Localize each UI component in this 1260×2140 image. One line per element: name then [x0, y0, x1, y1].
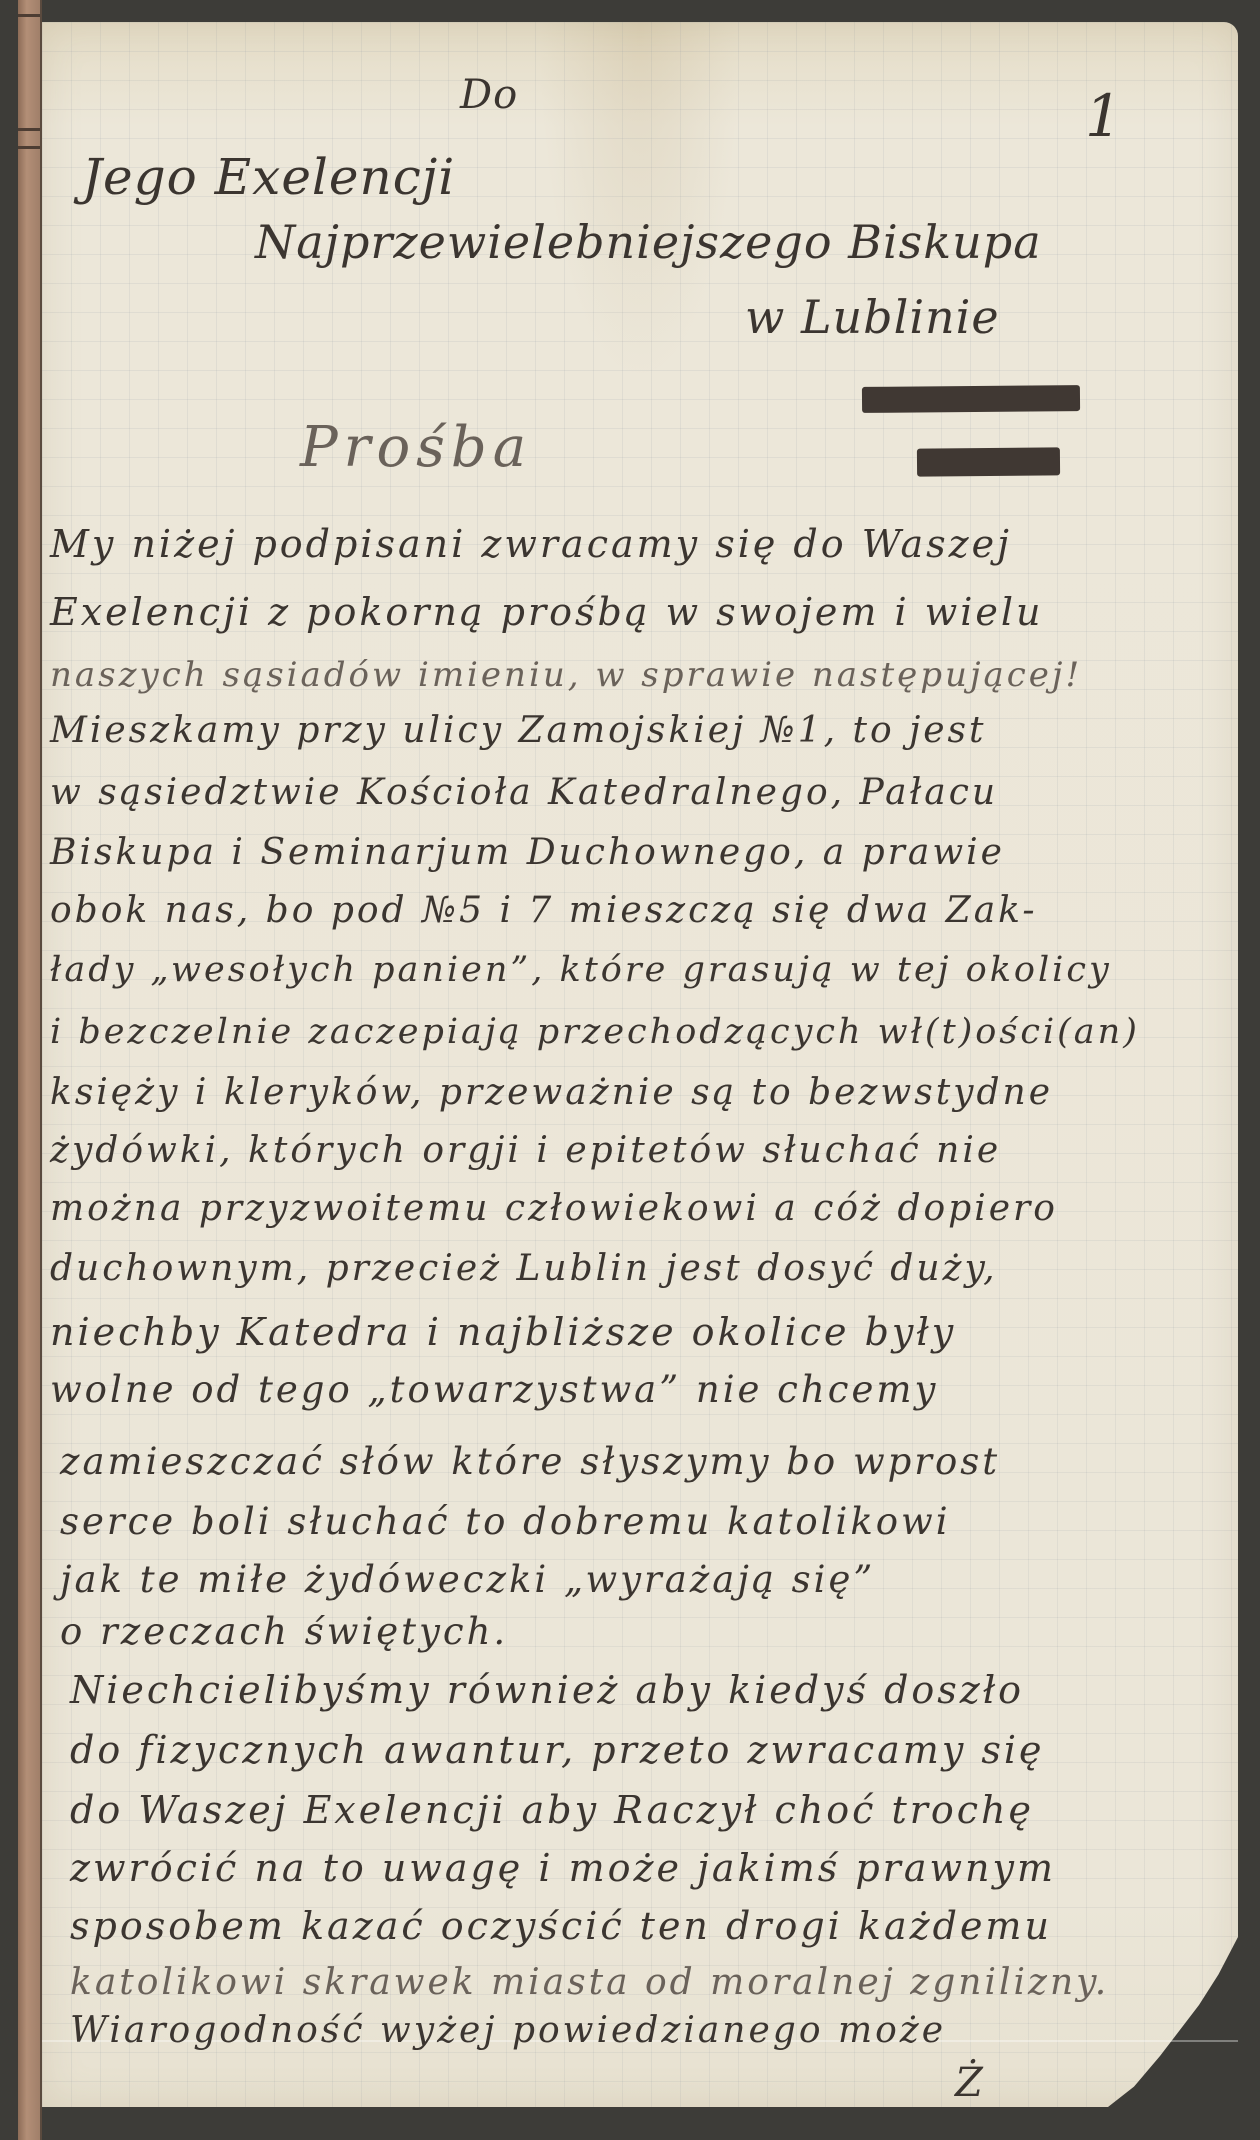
body-line: do fizycznych awantur, przeto zwracamy s…	[70, 1728, 1045, 1772]
body-line: żydówki, których orgji i epitetów słucha…	[50, 1130, 1001, 1171]
body-line: jak te miłe żydóweczki „wyrażają się”	[60, 1558, 875, 1601]
body-line: zamieszczać słów które słyszymy bo wpros…	[60, 1440, 1000, 1483]
body-line: w sąsiedztwie Kościoła Katedralnego, Pał…	[50, 772, 998, 813]
redaction-block	[862, 385, 1080, 413]
binding-notch	[18, 146, 40, 149]
body-line: sposobem kazać oczyścić ten drogi każdem…	[70, 1904, 1052, 1948]
address-line-3: w Lublinie	[745, 290, 1000, 344]
letter-title: Prośba	[300, 415, 532, 480]
body-line: księży i kleryków, przeważnie są to bezw…	[50, 1072, 1053, 1113]
body-line: Wiarogodność wyżej powiedzianego może	[70, 2010, 946, 2051]
body-line: obok nas, bo pod №5 i 7 mieszczą się dwa…	[50, 890, 1038, 931]
body-line: łady „wesołych panien”, które grasują w …	[50, 950, 1112, 990]
body-line: My niżej podpisani zwracamy się do Wasze…	[50, 522, 1012, 566]
binding-strip	[18, 0, 42, 2140]
body-line: Biskupa i Seminarjum Duchownego, a prawi…	[50, 832, 1005, 873]
body-line: można przyzwoitemu człowiekowi a cóż dop…	[50, 1188, 1058, 1229]
body-line: do Waszej Exelencji aby Raczył choć troc…	[70, 1788, 1034, 1832]
address-to: Do	[460, 72, 518, 118]
page-number: 1	[1085, 82, 1122, 150]
body-line: wolne od tego „towarzystwa” nie chcemy	[50, 1368, 938, 1411]
body-line: niechby Katedra i najbliższe okolice był…	[50, 1310, 956, 1354]
redaction-block	[917, 447, 1060, 476]
body-line: Niechcielibyśmy również aby kiedyś doszł…	[70, 1668, 1024, 1712]
body-line: duchownym, przecież Lublin jest dosyć du…	[50, 1248, 998, 1289]
body-line: Mieszkamy przy ulicy Zamojskiej №1, to j…	[50, 710, 987, 751]
body-line: serce boli słuchać to dobremu katolikowi	[60, 1500, 951, 1543]
binding-notch	[18, 14, 40, 17]
body-line: o rzeczach świętych.	[60, 1610, 508, 1653]
binding-notch	[18, 128, 40, 131]
body-line: Exelencji z pokorną prośbą w swojem i wi…	[50, 590, 1044, 634]
body-line: katolikowi skrawek miasta od moralnej zg…	[70, 1962, 1109, 2003]
catchword: Ż	[955, 2060, 983, 2106]
body-line: i bezczelnie zaczepiają przechodzących w…	[50, 1012, 1140, 1052]
address-line-1: Jego Exelencji	[82, 148, 455, 206]
address-line-2: Najprzewielebniejszego Biskupa	[255, 215, 1042, 269]
body-line: naszych sąsiadów imieniu, w sprawie nast…	[50, 655, 1082, 695]
body-line: zwrócić na to uwagę i może jakimś prawny…	[70, 1846, 1056, 1890]
